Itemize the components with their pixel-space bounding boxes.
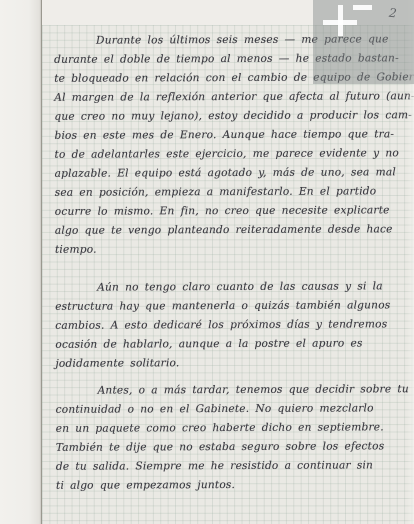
handwritten-line: que creo no muy lejano), estoy decidido … [54, 106, 406, 127]
handwritten-line: to de adelantarles este ejercicio, me pa… [54, 144, 406, 165]
handwritten-line: Al margen de la reflexión anterior que a… [54, 87, 406, 108]
handwritten-line: continuidad o no en el Gabinete. No quie… [56, 399, 408, 420]
scanned-letter-page: 2 Durante los últimos seis meses — me pa… [0, 0, 414, 524]
handwritten-line: jodidamente solitario. [55, 353, 407, 374]
handwritten-line: aplazable. El equipo está agotado y, más… [55, 163, 407, 184]
handwritten-line: También te dije que no estaba seguro sob… [56, 437, 408, 458]
zoom-minus-icon [353, 5, 372, 10]
handwritten-line: algo que te vengo planteando reiteradame… [55, 220, 407, 241]
handwritten-line: cambios. A esto dedicaré los próximos dí… [55, 315, 407, 336]
handwritten-line: ocasión de hablarlo, aunque a la postre … [55, 334, 407, 355]
graph-grid: 2 Durante los últimos seis meses — me pa… [42, 25, 414, 524]
handwritten-line: tiempo. [55, 239, 407, 260]
paragraph: Aún no tengo claro cuanto de las causas … [55, 277, 407, 374]
scan-background-strip [0, 0, 41, 524]
handwritten-line: en un paquete como creo haberte dicho en… [56, 418, 408, 439]
photo-zoom-watermark[interactable] [313, 0, 414, 84]
handwritten-line: bios en este mes de Enero. Aunque hace t… [54, 125, 406, 146]
handwritten-line: de tu salida. Siempre me he resistido a … [56, 456, 408, 477]
handwritten-line: sea en posición, empieza a manifestarlo.… [55, 182, 407, 203]
handwritten-line: ti algo que empezamos juntos. [56, 475, 408, 496]
paragraph: Antes, o a más tardar, tenemos que decid… [56, 380, 408, 496]
handwritten-line: estructura hay que mantenerla o quizás t… [55, 296, 407, 317]
handwritten-line: ocurre lo mismo. En fin, no creo que nec… [55, 201, 407, 222]
letter-body: Durante los últimos seis meses — me pare… [54, 30, 408, 496]
zoom-plus-icon [338, 5, 343, 36]
handwritten-line: Aún no tengo claro cuanto de las causas … [55, 277, 407, 298]
handwritten-line: Antes, o a más tardar, tenemos que decid… [56, 380, 408, 401]
